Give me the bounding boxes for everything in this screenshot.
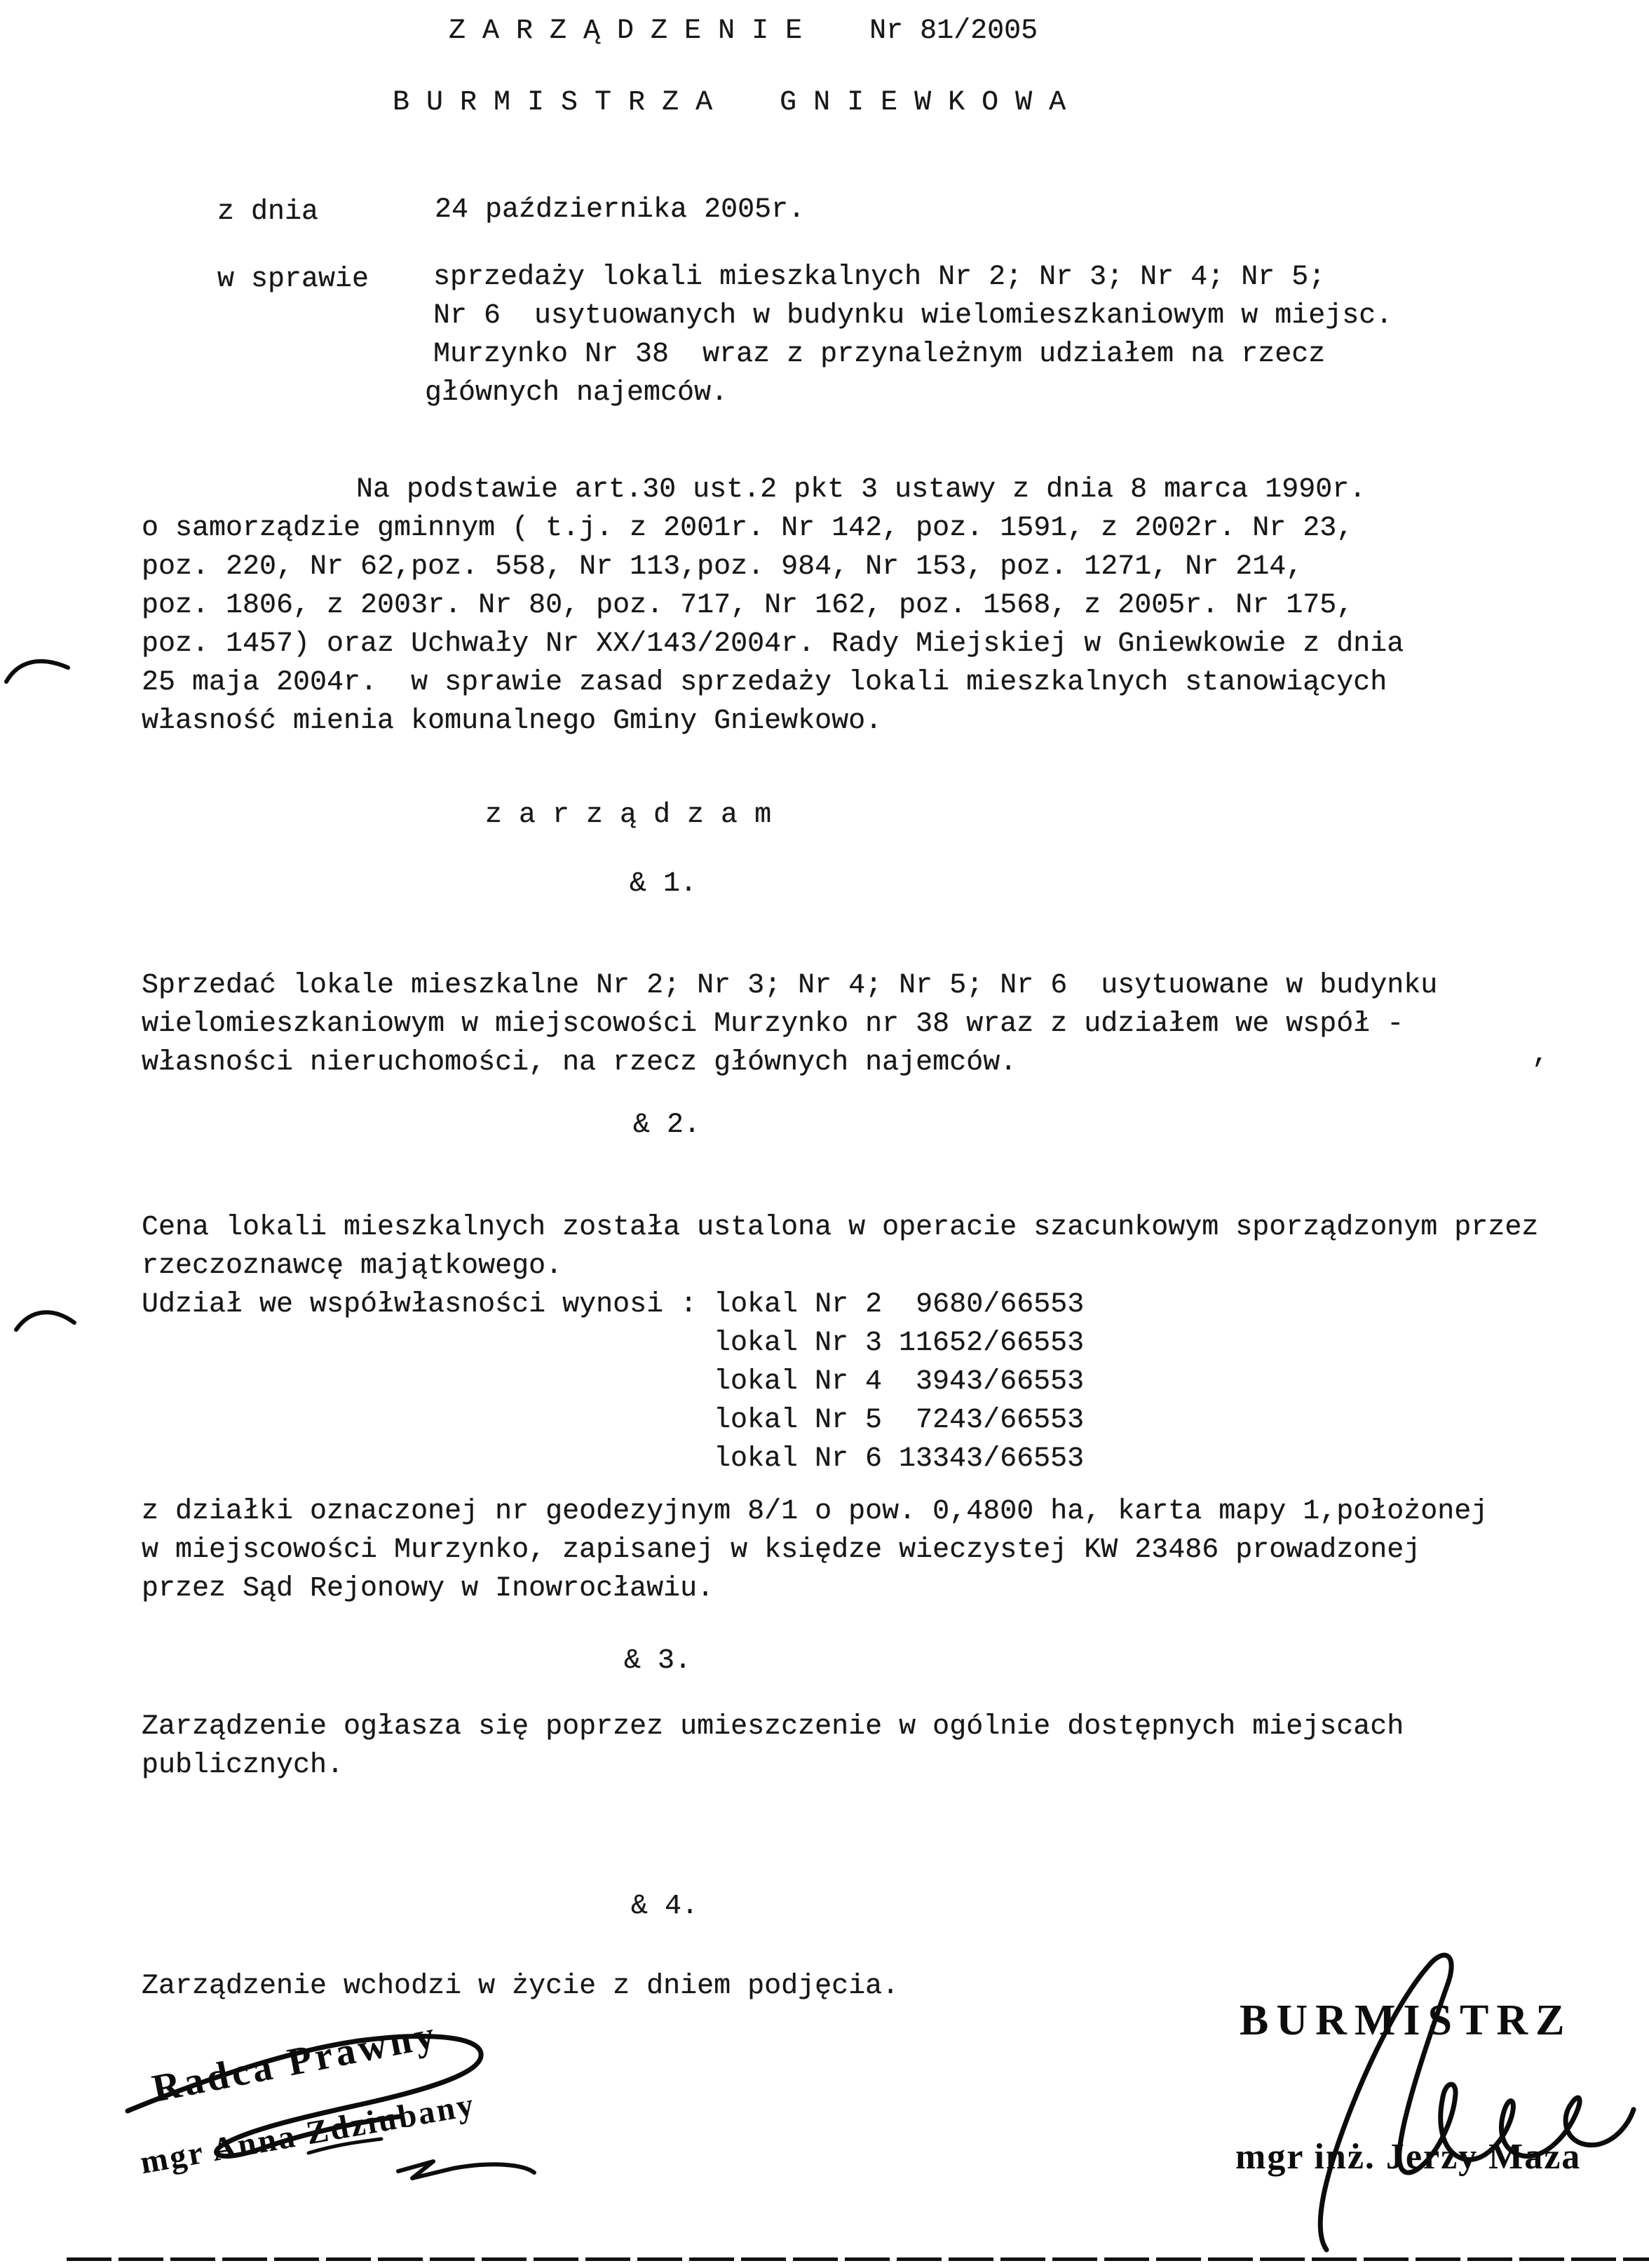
legal-basis-line: Na podstawie art.30 ust.2 pkt 3 ustawy z… [356, 474, 1366, 506]
section-heading: & 2. [633, 1109, 700, 1142]
plot-line: w miejscowości Murzynko, zapisanej w ksi… [142, 1534, 1420, 1567]
decree-word: z a r z ą d z a m [485, 799, 771, 832]
section-line: Cena lokali mieszkalnych została ustalon… [142, 1212, 1538, 1244]
section-line: własności nieruchomości, na rzecz główny… [142, 1047, 1017, 1079]
subject-line: sprzedaży lokali mieszkalnych Nr 2; Nr 3… [433, 262, 1325, 294]
share-line: lokal Nr 4 3943/66553 [714, 1366, 1084, 1398]
margin-pen-mark [4, 651, 74, 694]
subject-line: Nr 6 usytuowanych w budynku wielomieszka… [433, 300, 1392, 332]
margin-pen-mark [13, 1302, 80, 1342]
plot-line: przez Sąd Rejonowy w Inowrocławiu. [142, 1573, 714, 1605]
handwritten-signature-left [98, 2004, 547, 2215]
section-line: wielomieszkaniowym w miejscowości Murzyn… [142, 1008, 1404, 1041]
section-heading: & 4. [631, 1891, 698, 1923]
scan-artifact-comma: , [1532, 1039, 1549, 1072]
legal-basis-line: poz. 220, Nr 62,poz. 558, Nr 113,poz. 98… [142, 551, 1303, 583]
plot-line: z działki oznaczonej nr geodezyjnym 8/1 … [142, 1496, 1488, 1528]
subject-label: w sprawie [217, 264, 369, 296]
section-heading: & 1. [630, 868, 697, 900]
share-line: lokal Nr 5 7243/66553 [714, 1405, 1084, 1437]
legal-basis-line: poz. 1457) oraz Uchwały Nr XX/143/2004r.… [142, 628, 1404, 661]
section-line: Sprzedać lokale mieszkalne Nr 2; Nr 3; N… [142, 970, 1437, 1002]
subject-line: Murzynko Nr 38 wraz z przynależnym udzia… [433, 339, 1325, 371]
legal-basis-line: 25 maja 2004r. w sprawie zasad sprzedaży… [142, 667, 1387, 699]
handwritten-signature-right [1262, 1933, 1641, 2262]
section-line: Zarządzenie wchodzi w życie z dniem podj… [142, 1971, 899, 2003]
section-line: rzeczoznawcę majątkowego. [142, 1250, 562, 1283]
document-title: Z A R Z Ą D Z E N I E Nr 81/2005 [449, 15, 1038, 48]
date-label: z dnia [217, 196, 318, 229]
share-line: lokal Nr 6 13343/66553 [714, 1443, 1084, 1476]
page-bottom-scan-line [67, 2257, 1649, 2261]
document-subtitle: B U R M I S T R Z A G N I E W K O W A [393, 87, 1066, 119]
legal-basis-line: poz. 1806, z 2003r. Nr 80, poz. 717, Nr … [142, 590, 1353, 622]
date-value: 24 października 2005r. [435, 194, 805, 227]
legal-basis-line: własność mienia komunalnego Gminy Gniewk… [142, 706, 882, 738]
section-line: publicznych. [142, 1750, 344, 1782]
legal-basis-line: o samorządzie gminnym ( t.j. z 2001r. Nr… [142, 513, 1353, 545]
section-heading: & 3. [624, 1645, 691, 1678]
section-line: Zarządzenie ogłasza się poprzez umieszcz… [142, 1711, 1404, 1743]
share-line: lokal Nr 3 11652/66553 [714, 1328, 1084, 1360]
scanned-document-page: Z A R Z Ą D Z E N I E Nr 81/2005 B U R M… [0, 0, 1649, 2268]
subject-line: głównych najemców. [425, 377, 728, 410]
section-line: Udział we współwłasności wynosi : lokal … [142, 1289, 1084, 1321]
